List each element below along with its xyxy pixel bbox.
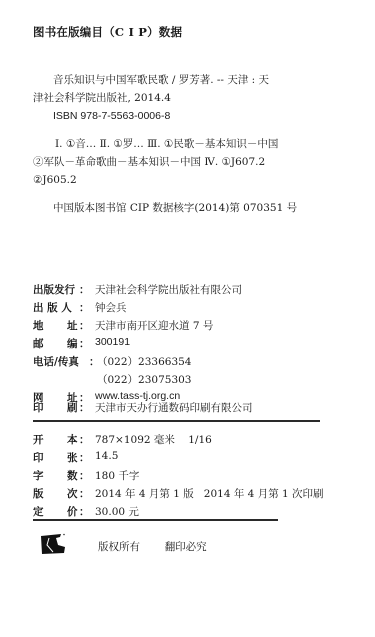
publisher-logo-icon — [40, 533, 66, 555]
value: （022）23075303 — [97, 372, 192, 387]
value: 300191 — [95, 336, 130, 348]
isbn: ISBN 978-7-5563-0006-8 — [53, 107, 170, 125]
copyright-notice: 版权所有 翻印必究 — [98, 539, 207, 554]
value: 30.00 元 — [95, 504, 139, 519]
spec-row-format: 开本： 787×1092 毫米 1/16 — [33, 432, 212, 447]
divider-bottom — [33, 519, 278, 521]
value: 2014 年 4 月第 1 版 2014 年 4 月第 1 次印刷 — [95, 486, 324, 501]
label: 出 版 人 — [33, 300, 72, 315]
cip-line2: 津社会科学院出版社, 2014.4 — [33, 89, 171, 107]
publisher-row: 出版发行： 天津社会科学院出版社有限公司 — [33, 282, 242, 297]
classification-line3: ②J605.2 — [33, 171, 77, 189]
classification-line1: Ⅰ. ①音… Ⅱ. ①罗… Ⅲ. ①民歌－基本知识－中国 — [55, 135, 278, 153]
spec-row-price: 定价： 30.00 元 — [33, 504, 139, 519]
spec-row-wordcount: 字数： 180 千字 — [33, 468, 139, 483]
value: 天津社会科学院出版社有限公司 — [95, 282, 242, 297]
classification-line2: ②军队－革命歌曲－基本知识－中国 Ⅳ. ①J607.2 — [33, 153, 265, 171]
printer-row: 印刷： 天津市天办行通数码印刷有限公司 — [33, 400, 253, 415]
spec-row-edition: 版次： 2014 年 4 月第 1 版 2014 年 4 月第 1 次印刷 — [33, 486, 324, 501]
value: （022）23366354 — [97, 354, 192, 369]
value: 天津市南开区迎水道 7 号 — [95, 318, 213, 333]
label: 出版发行 — [33, 282, 75, 297]
value: 14.5 — [95, 450, 118, 462]
anti-piracy-text: 翻印必究 — [165, 541, 207, 553]
value: 钟会兵 — [95, 300, 127, 315]
cip-number: 中国版本图书馆 CIP 数据核字(2014)第 070351 号 — [53, 199, 297, 217]
cip-header: 图书在版编目（C I P）数据 — [33, 24, 182, 40]
publisher-person-row: 出 版 人： 钟会兵 — [33, 300, 127, 315]
value: 天津市天办行通数码印刷有限公司 — [95, 400, 253, 415]
postcode-row: 邮编： 300191 — [33, 336, 130, 348]
spec-row-sheets: 印张： 14.5 — [33, 450, 118, 462]
fax-row: （022）23075303 — [33, 372, 192, 387]
copyright-text: 版权所有 — [98, 541, 140, 553]
address-row: 地址： 天津市南开区迎水道 7 号 — [33, 318, 213, 333]
value: 787×1092 毫米 1/16 — [95, 432, 212, 447]
phone-row: 电话/传真： （022）23366354 — [33, 354, 192, 369]
value: 180 千字 — [95, 468, 139, 483]
cip-line1: 音乐知识与中国军歌民歌 / 罗芳著. -- 天津 : 天 — [53, 71, 269, 89]
divider-top — [33, 420, 320, 422]
